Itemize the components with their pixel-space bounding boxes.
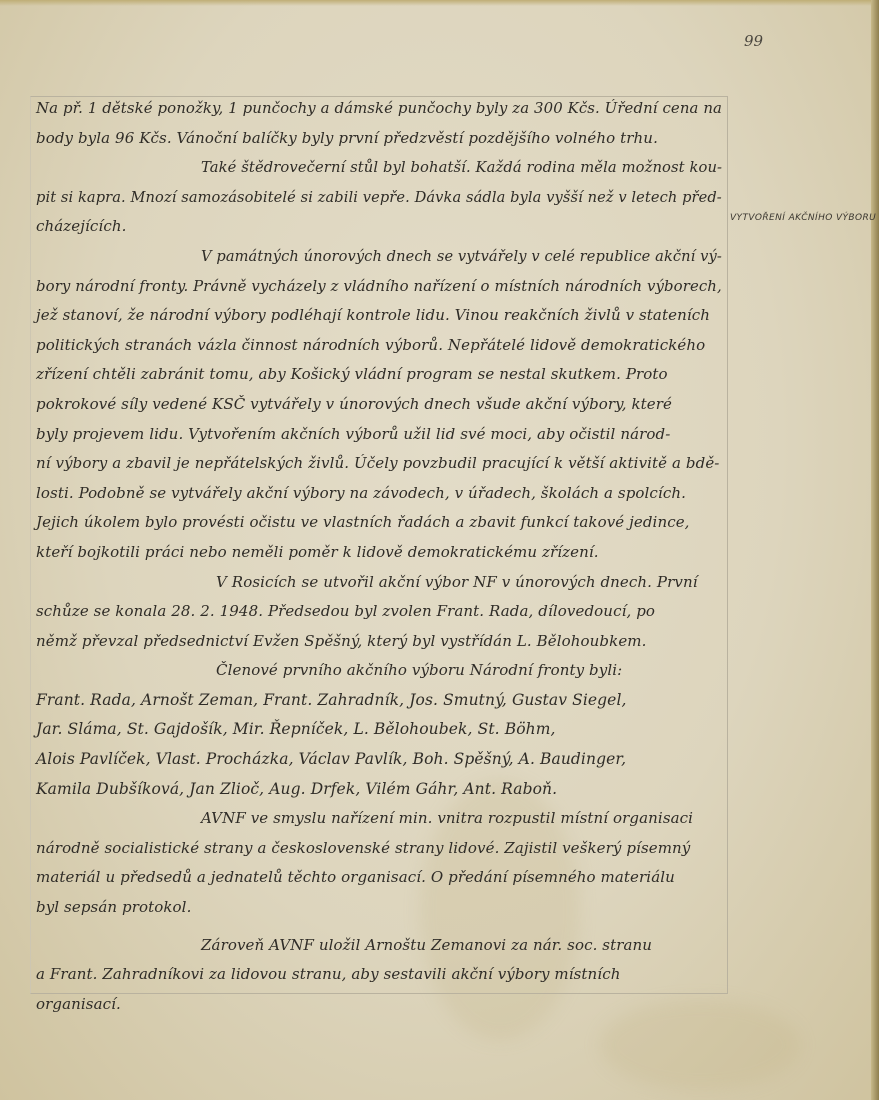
text-line: ní výbory a zbavil je nepřátelských živl… <box>36 449 726 479</box>
text-line: schůze se konala 28. 2. 1948. Předsedou … <box>36 597 726 627</box>
member-names-line: Jar. Sláma, St. Gajdošík, Mir. Řepníček,… <box>36 715 726 745</box>
text-line: jež stanoví, že národní výbory podléhají… <box>36 301 726 331</box>
text-line: body byla 96 Kčs. Vánoční balíčky byly p… <box>36 124 726 154</box>
text-line: národně socialistické strany a českoslov… <box>36 834 726 864</box>
text-line: losti. Podobně se vytvářely akční výbory… <box>36 479 726 509</box>
text-line: bory národní fronty. Právně vycházely z … <box>36 272 726 302</box>
margin-note: Vytvoření akčního výboru NF <box>730 213 879 223</box>
text-line: pokrokové síly vedené KSČ vytvářely v ún… <box>36 390 726 420</box>
text-line: Na př. 1 dětské ponožky, 1 punčochy a dá… <box>36 94 726 124</box>
text-line: němž převzal předsednictví Evžen Spěšný,… <box>36 627 726 657</box>
member-names-line: Frant. Rada, Arnošt Zeman, Frant. Zahrad… <box>36 686 726 716</box>
text-line: materiál u předsedů a jednatelů těchto o… <box>36 863 726 893</box>
text-line: organisací. <box>36 990 726 1020</box>
text-line: Členové prvního akčního výboru Národní f… <box>36 656 726 686</box>
text-line: V Rosicích se utvořil akční výbor NF v ú… <box>36 568 726 598</box>
document-page: 99 Vytvoření akčního výboru NF Na př. 1 … <box>0 0 879 1100</box>
text-line: byly projevem lidu. Vytvořením akčních v… <box>36 420 726 450</box>
page-right-edge <box>871 0 879 1100</box>
handwritten-text: Na př. 1 dětské ponožky, 1 punčochy a dá… <box>36 94 726 1019</box>
text-line: byl sepsán protokol. <box>36 893 726 923</box>
member-names-line: Alois Pavlíček, Vlast. Procházka, Václav… <box>36 745 726 775</box>
text-line: kteří bojkotili práci nebo neměli poměr … <box>36 538 726 568</box>
text-line: AVNF ve smyslu nařízení min. vnitra rozp… <box>36 804 726 834</box>
text-line: Také štědrovečerní stůl byl bohatší. Kaž… <box>36 153 726 183</box>
text-line: Zároveň AVNF uložil Arnoštu Zemanovi za … <box>36 931 726 961</box>
text-line: a Frant. Zahradníkovi za lidovou stranu,… <box>36 960 726 990</box>
text-line: Jejich úkolem bylo provésti očistu ve vl… <box>36 508 726 538</box>
text-line: politických stranách vázla činnost národ… <box>36 331 726 361</box>
page-top-edge <box>0 0 879 6</box>
text-line: cházejících. <box>36 212 726 242</box>
page-number: 99 <box>744 32 763 50</box>
text-line: pit si kapra. Mnozí samozásobitelé si za… <box>36 183 726 213</box>
text-line: V památných únorových dnech se vytvářely… <box>36 242 726 272</box>
member-names-line: Kamila Dubšíková, Jan Zlioč, Aug. Drfek,… <box>36 775 726 805</box>
text-line: zřízení chtěli zabránit tomu, aby Košick… <box>36 360 726 390</box>
